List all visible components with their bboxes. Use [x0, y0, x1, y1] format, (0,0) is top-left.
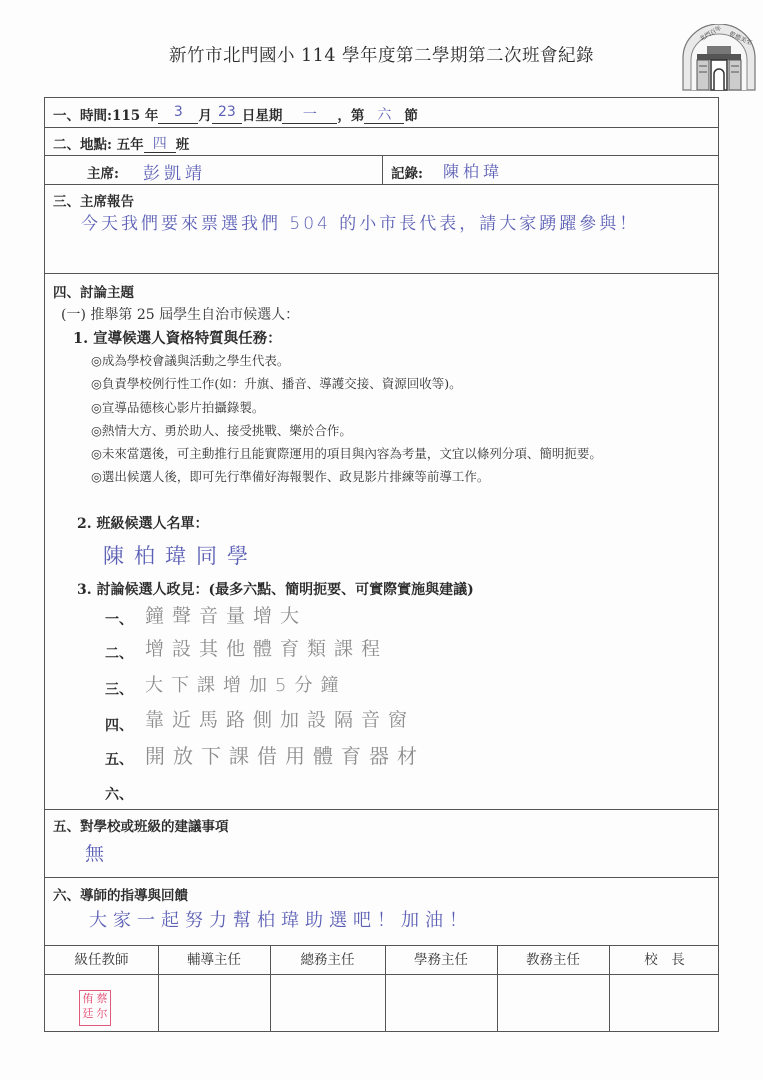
bullet-item: ◎未來當選後，可主動推行且能實際運用的項目與內容為考量，文宜以條列分項、簡明扼要… [91, 444, 602, 462]
platform-item[interactable]: 鐘聲音量增大 [145, 601, 307, 628]
suggestions-section: 五、對學校或班級的建議事項 無 [45, 810, 718, 878]
class-field[interactable]: 四 [144, 136, 176, 153]
bullet-item: ◎宣導品德核心影片拍攝錄製。 [91, 398, 264, 416]
feedback-text[interactable]: 大家一起努力幫柏瑋助選吧！加油！ [89, 906, 473, 932]
platform-num: 二、 [105, 643, 133, 663]
teacher-feedback-section: 六、導師的指導與回饋 大家一起努力幫柏瑋助選吧！加油！ [45, 878, 718, 946]
location-label: 二、地點: 五年 [53, 137, 144, 153]
bullet-item: ◎熱情大方、勇於助人、接受挑戰、樂於合作。 [91, 421, 352, 439]
recorder-label: 記錄: [391, 162, 423, 182]
column-divider [382, 156, 383, 184]
suggestions-label: 五、對學校或班級的建議事項 [53, 815, 229, 835]
platform-num: 四、 [105, 715, 133, 735]
class-suffix: 班 [176, 137, 190, 153]
weekday-field[interactable]: 一 [282, 107, 337, 124]
counseling-director-header: 輔導主任 [158, 946, 270, 974]
general-affairs-signature-cell[interactable] [271, 975, 384, 1031]
time-field: 一、時間:115 年3月23日星期一，第六節 [53, 104, 418, 124]
school-emblem-icon: 北門百年 乾德美至 [677, 24, 761, 92]
platform-item[interactable]: 開放下課借用體育器材 [145, 740, 425, 769]
platform-item[interactable]: 大下課增加5分鐘 [145, 671, 346, 697]
principal-header: 校 長 [609, 946, 720, 974]
month-label: 月 [198, 108, 212, 124]
chair-report-label: 三、主席報告 [53, 190, 134, 210]
bullet-item: ◎選出候選人後，即可先行準備好海報製作、政見影片排練等前導工作。 [91, 467, 489, 485]
bullet-item: ◎成為學校會議與活動之學生代表。 [91, 351, 289, 369]
academic-affairs-director-header: 教務主任 [497, 946, 609, 974]
weekday-label: 日星期 [242, 108, 283, 124]
platform-num: 六、 [105, 784, 133, 804]
period-label: ，第 [337, 108, 364, 124]
counseling-director-signature-cell[interactable] [159, 975, 269, 1031]
chair-report-text[interactable]: 今天我們要來票選我們 504 的小市長代表，請大家踴躍參與！ [81, 209, 639, 234]
time-label: 一、時間:115 年 [53, 108, 158, 124]
platform-num: 三、 [105, 679, 133, 699]
location-row: 二、地點: 五年四班 [45, 128, 718, 156]
qualifications-heading: 1. 宣導候選人資格特質與任務： [73, 327, 282, 348]
bullet-item: ◎負責學校例行性工作(如：升旗、播音、導護交接、資源回收等)。 [91, 374, 462, 392]
platform-num: 五、 [105, 749, 133, 769]
subtopic-heading: (一) 推舉第 25 屆學生自治市候選人： [61, 304, 299, 324]
feedback-label: 六、導師的指導與回饋 [53, 884, 188, 904]
homeroom-teacher-header: 級任教師 [45, 946, 158, 974]
student-affairs-director-header: 學務主任 [385, 946, 497, 974]
general-affairs-director-header: 總務主任 [270, 946, 385, 974]
signature-table: 級任教師 輔導主任 總務主任 學務主任 教務主任 校 長 侑蔡 廷尔 [45, 946, 718, 1031]
teacher-seal-stamp: 侑蔡 廷尔 [79, 990, 111, 1026]
platform-item[interactable]: 靠近馬路側加設隔音窗 [145, 705, 415, 732]
chair-name[interactable]: 彭凱靖 [143, 159, 206, 184]
platform-num: 一、 [105, 609, 133, 629]
period-field[interactable]: 六 [364, 107, 404, 124]
platform-item[interactable]: 增設其他體育類課程 [145, 634, 388, 661]
month-field[interactable]: 3 [158, 107, 198, 124]
candidate-name[interactable]: 陳柏瑋同學 [103, 540, 258, 570]
time-row: 一、時間:115 年3月23日星期一，第六節 [45, 98, 718, 128]
period-suffix: 節 [404, 108, 418, 124]
recorder-name[interactable]: 陳柏瑋 [443, 159, 503, 182]
candidate-list-heading: 2. 班級候選人名單： [77, 513, 209, 533]
chair-recorder-row: 主席: 彭凱靖 記錄: 陳柏瑋 [45, 156, 718, 185]
chair-report-section: 三、主席報告 今天我們要來票選我們 504 的小市長代表，請大家踴躍參與！ [45, 185, 718, 274]
discussion-label: 四、討論主題 [53, 281, 134, 301]
chair-label: 主席: [87, 162, 119, 182]
platform-heading: 3. 討論候選人政見：(最多六點、簡明扼要、可實際實施與建議) [77, 579, 474, 599]
day-field[interactable]: 23 [212, 107, 242, 124]
meeting-record-form: 一、時間:115 年3月23日星期一，第六節 二、地點: 五年四班 主席: 彭凱… [44, 97, 719, 1032]
page-title: 新竹市北門國小 114 學年度第二學期第二次班會紀錄 [0, 42, 763, 67]
principal-signature-cell[interactable] [610, 975, 719, 1031]
academic-affairs-signature-cell[interactable] [498, 975, 608, 1031]
student-affairs-signature-cell[interactable] [386, 975, 496, 1031]
discussion-section: 四、討論主題 (一) 推舉第 25 屆學生自治市候選人： 1. 宣導候選人資格特… [45, 274, 718, 810]
suggestions-text[interactable]: 無 [85, 839, 108, 866]
